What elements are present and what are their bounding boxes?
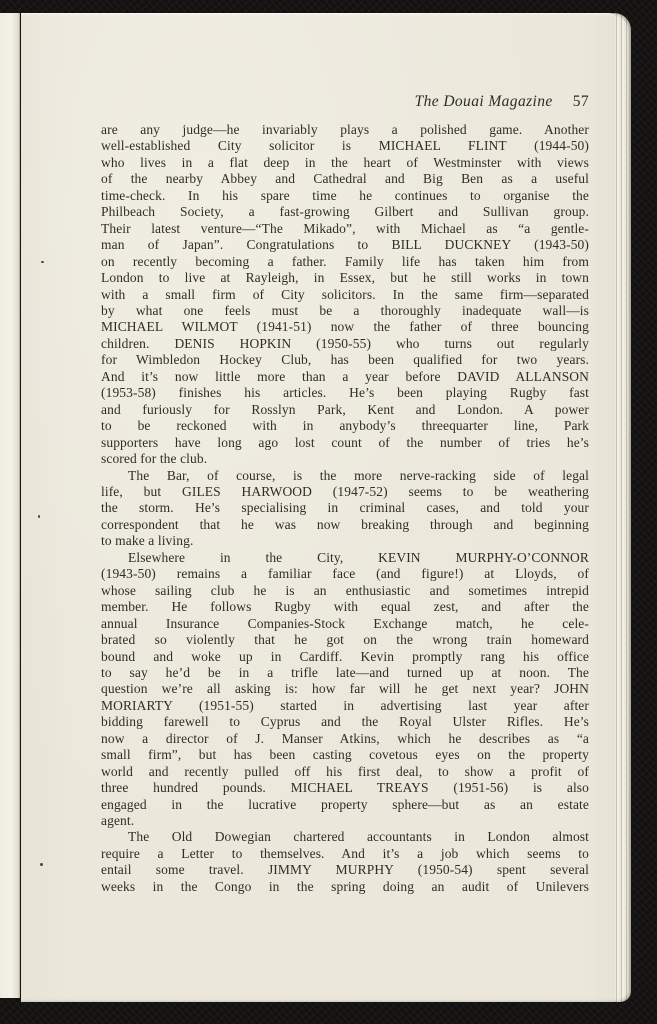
text-line: and furiously for Rosslyn Park, Kent and… xyxy=(101,402,589,418)
right-page-edge-stack xyxy=(614,13,631,1002)
text-line: children. DENIS HOPKIN (1950-55) who tur… xyxy=(101,336,589,352)
text-line: well-established City solicitor is MICHA… xyxy=(101,138,589,154)
text-line: brated so violently that he got on the w… xyxy=(101,632,589,648)
text-line: The Bar, of course, is the more nerve-ra… xyxy=(101,468,589,484)
paragraph: The Bar, of course, is the more nerve-ra… xyxy=(101,468,589,550)
text-line: Elsewhere in the City, KEVIN MURPHY-O’CO… xyxy=(101,550,589,566)
scan-speck xyxy=(38,515,40,518)
text-line: (1953-58) finishes his articles. He’s be… xyxy=(101,385,589,401)
text-line: by what one feels must be a thoroughly i… xyxy=(101,303,589,319)
text-line: man of Japan”. Congratulations to BILL D… xyxy=(101,237,589,253)
text-line: MORIARTY (1951-55) started in advertisin… xyxy=(101,698,589,714)
text-line: three hundred pounds. MICHAEL TREAYS (19… xyxy=(101,780,589,796)
text-line: Philbeach Society, a fast-growing Gilber… xyxy=(101,204,589,220)
book-scan: The Douai Magazine57 are any judge—he in… xyxy=(0,0,657,1024)
text-line: world and recently pulled off his first … xyxy=(101,764,589,780)
text-line: on recently becoming a father. Family li… xyxy=(101,254,589,270)
text-line: small firm”, but has been casting coveto… xyxy=(101,747,589,763)
paragraph: The Old Dowegian chartered accountants i… xyxy=(101,829,589,895)
text-line: Their latest venture—“The Mikado”, with … xyxy=(101,221,589,237)
text-line: London to live at Rayleigh, in Essex, bu… xyxy=(101,270,589,286)
text-line: And it’s now little more than a year bef… xyxy=(101,369,589,385)
text-line: member. He follows Rugby with equal zest… xyxy=(101,599,589,615)
text-line: question we’re all asking is: how far wi… xyxy=(101,681,589,697)
magazine-title: The Douai Magazine xyxy=(415,93,553,110)
scan-speck xyxy=(41,261,44,263)
text-line: weeks in the Congo in the spring doing a… xyxy=(101,879,589,895)
page-number: 57 xyxy=(573,93,589,110)
text-line: the storm. He’s specialising in criminal… xyxy=(101,500,589,516)
text-line: MICHAEL WILMOT (1941-51) now the father … xyxy=(101,319,589,335)
left-page-edges xyxy=(0,13,20,998)
text-line: engaged in the lucrative property sphere… xyxy=(101,797,589,813)
text-line: to be reckoned with in anybody’s threequ… xyxy=(101,418,589,434)
text-line: of the nearby Abbey and Cathedral and Bi… xyxy=(101,171,589,187)
text-line: bound and woke up in Cardiff. Kevin prom… xyxy=(101,649,589,665)
text-line: to make a living. xyxy=(101,533,589,549)
text-line: (1943-50) remains a familiar face (and f… xyxy=(101,566,589,582)
paragraph: are any judge—he invariably plays a poli… xyxy=(101,122,589,468)
text-line: to say he’d be in a trifle late—and turn… xyxy=(101,665,589,681)
running-header: The Douai Magazine57 xyxy=(101,93,589,111)
text-line: are any judge—he invariably plays a poli… xyxy=(101,122,589,138)
text-line: bidding farewell to Cyprus and the Royal… xyxy=(101,714,589,730)
text-line: correspondent that he was now breaking t… xyxy=(101,517,589,533)
text-line: life, but GILES HARWOOD (1947-52) seems … xyxy=(101,484,589,500)
text-line: time-check. In his spare time he continu… xyxy=(101,188,589,204)
text-line: supporters have long ago lost count of t… xyxy=(101,435,589,451)
text-line: The Old Dowegian chartered accountants i… xyxy=(101,829,589,845)
text-line: require a Letter to themselves. And it’s… xyxy=(101,846,589,862)
text-line: entail some travel. JIMMY MURPHY (1950-5… xyxy=(101,862,589,878)
text-line: annual Insurance Companies-Stock Exchang… xyxy=(101,616,589,632)
text-line: now a director of J. Manser Atkins, whic… xyxy=(101,731,589,747)
body-text: are any judge—he invariably plays a poli… xyxy=(101,122,589,895)
scan-speck xyxy=(40,863,43,866)
paragraph: Elsewhere in the City, KEVIN MURPHY-O’CO… xyxy=(101,550,589,830)
text-line: who lives in a flat deep in the heart of… xyxy=(101,155,589,171)
text-line: scored for the club. xyxy=(101,451,589,467)
magazine-page: The Douai Magazine57 are any judge—he in… xyxy=(21,13,631,1002)
text-line: agent. xyxy=(101,813,589,829)
text-line: whose sailing club he is an enthusiastic… xyxy=(101,583,589,599)
text-line: with a small firm of City solicitors. In… xyxy=(101,287,589,303)
text-line: for Wimbledon Hockey Club, has been qual… xyxy=(101,352,589,368)
